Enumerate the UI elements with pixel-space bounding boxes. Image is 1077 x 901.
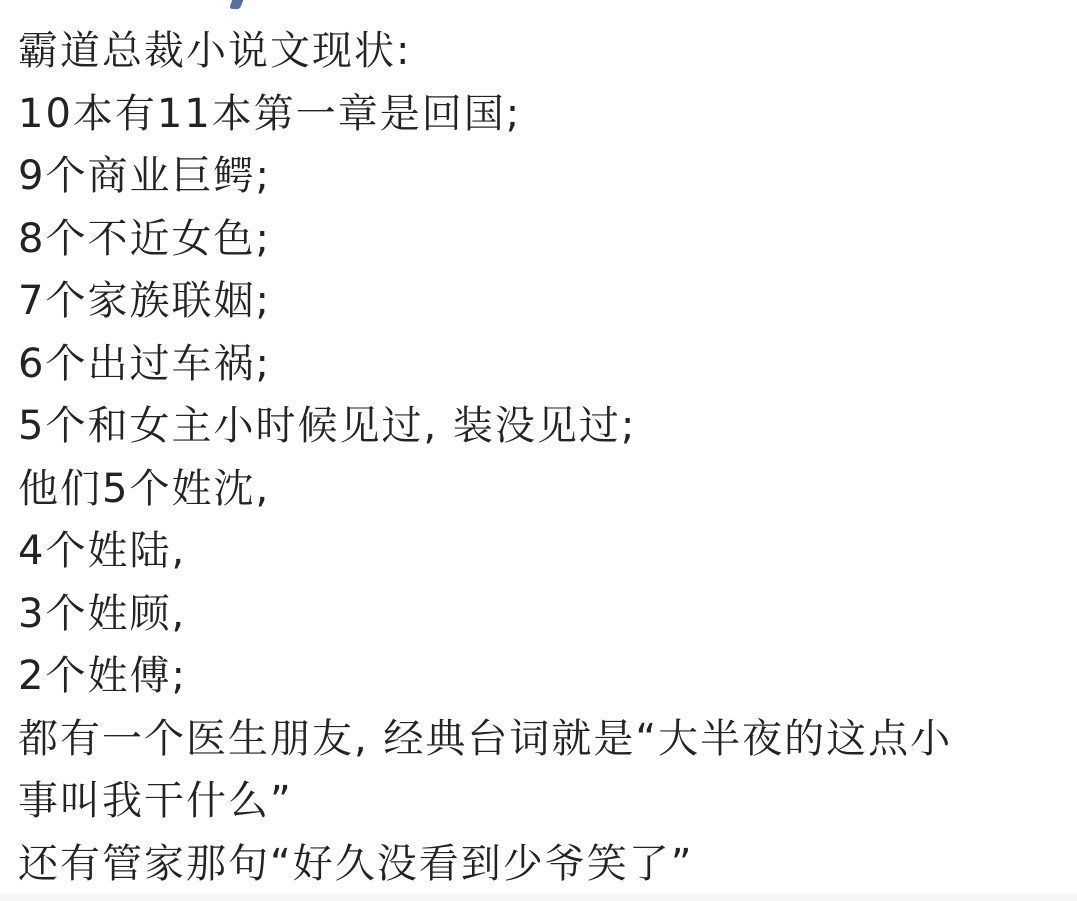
text-line: 3个姓顾,: [18, 583, 1063, 646]
text-line: 5个和女主小时候见过, 装没见过;: [18, 395, 1063, 458]
text-line: 还有管家那句“好久没看到少爷笑了”: [18, 833, 1063, 896]
text-line: 4个姓陆,: [18, 520, 1063, 583]
post-screenshot: { "colors": { "background": "#ffffff", "…: [0, 0, 1077, 901]
text-line: 他们5个姓沈,: [18, 458, 1063, 521]
cutoff-blue-text-fragment: [229, 0, 244, 9]
text-line: 9个商业巨鳄;: [18, 145, 1063, 208]
text-line: 6个出过车祸;: [18, 333, 1063, 396]
text-line: 事叫我干什么”: [18, 770, 1063, 833]
text-line: 10本有11本第一章是回国;: [18, 83, 1063, 146]
text-line: 2个姓傅;: [18, 645, 1063, 708]
text-line-title: 霸道总裁小说文现状:: [18, 20, 1063, 83]
text-line: 8个不近女色;: [18, 208, 1063, 271]
text-line: 都有一个医生朋友, 经典台词就是“大半夜的这点小: [18, 708, 1063, 771]
bottom-divider: [0, 893, 1077, 901]
post-text: 霸道总裁小说文现状: 10本有11本第一章是回国; 9个商业巨鳄; 8个不近女色…: [18, 20, 1063, 895]
text-line: 7个家族联姻;: [18, 270, 1063, 333]
